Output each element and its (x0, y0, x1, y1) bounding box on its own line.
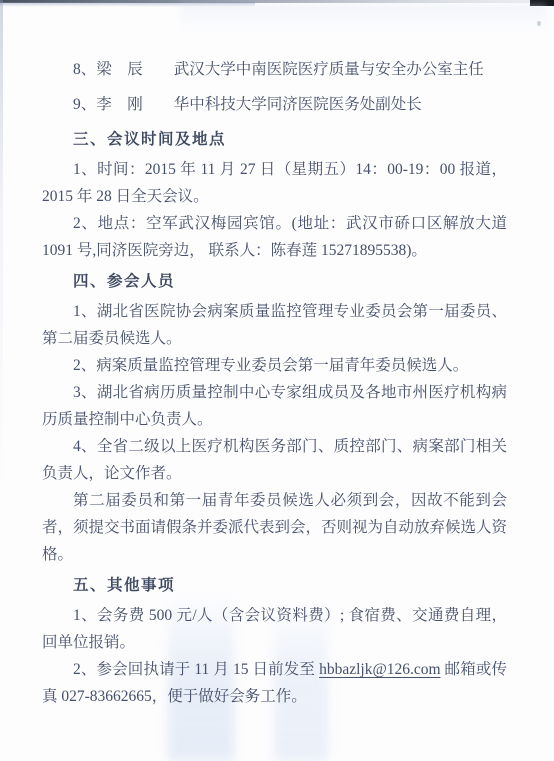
scanned-document-page: 8、梁 辰 武汉大学中南医院医疗质量与安全办公室主任 9、李 刚 华中科技大学同… (0, 0, 554, 761)
attendee-line-9: 9、李 刚 华中科技大学同济医院医务处副处长 (42, 91, 507, 118)
para-meeting-location: 2、地点：空军武汉梅园宾馆。(地址：武汉市硚口区解放大道 1091 号,同济医院… (42, 210, 507, 264)
para-participants-2: 2、病案质量监控管理专业委员会第一届青年委员候选人。 (42, 352, 507, 379)
section-heading-time-location: 三、会议时间及地点 (42, 126, 507, 153)
page-number: 3 (0, 688, 526, 702)
para-meeting-time: 1、时间：2015 年 11 月 27 日（星期五）14：00-19：00 报道… (42, 156, 507, 210)
para-participants-1: 1、湖北省医院协会病案质量监控管理专业委员会第一届委员、第二届委员候选人。 (42, 298, 507, 352)
email-link[interactable]: hbbazljk@126.com (319, 661, 440, 678)
para-participants-3: 3、湖北省病历质量控制中心专家组成员及各地市州医疗机构病历质量控制中心负责人。 (42, 379, 507, 433)
para-participants-4: 4、全省二级以上医疗机构医务部门、质控部门、病案部门相关负责人，论文作者。 (42, 433, 507, 487)
section-heading-participants: 四、参会人员 (42, 268, 507, 295)
para-conference-fee: 1、会务费 500 元/人（含会议资料费）; 食宿费、交通费自理，回单位报销。 (42, 602, 507, 656)
reply-text-before: 2、参会回执请于 11 月 15 日前发至 (73, 661, 319, 678)
section-heading-other-matters: 五、其他事项 (42, 572, 507, 599)
attendee-line-8: 8、梁 辰 武汉大学中南医院医疗质量与安全办公室主任 (42, 56, 507, 83)
para-attendance-note: 第二届委员和第一届青年委员候选人必须到会，因故不能到会者，须提交书面请假条并委派… (42, 487, 507, 568)
